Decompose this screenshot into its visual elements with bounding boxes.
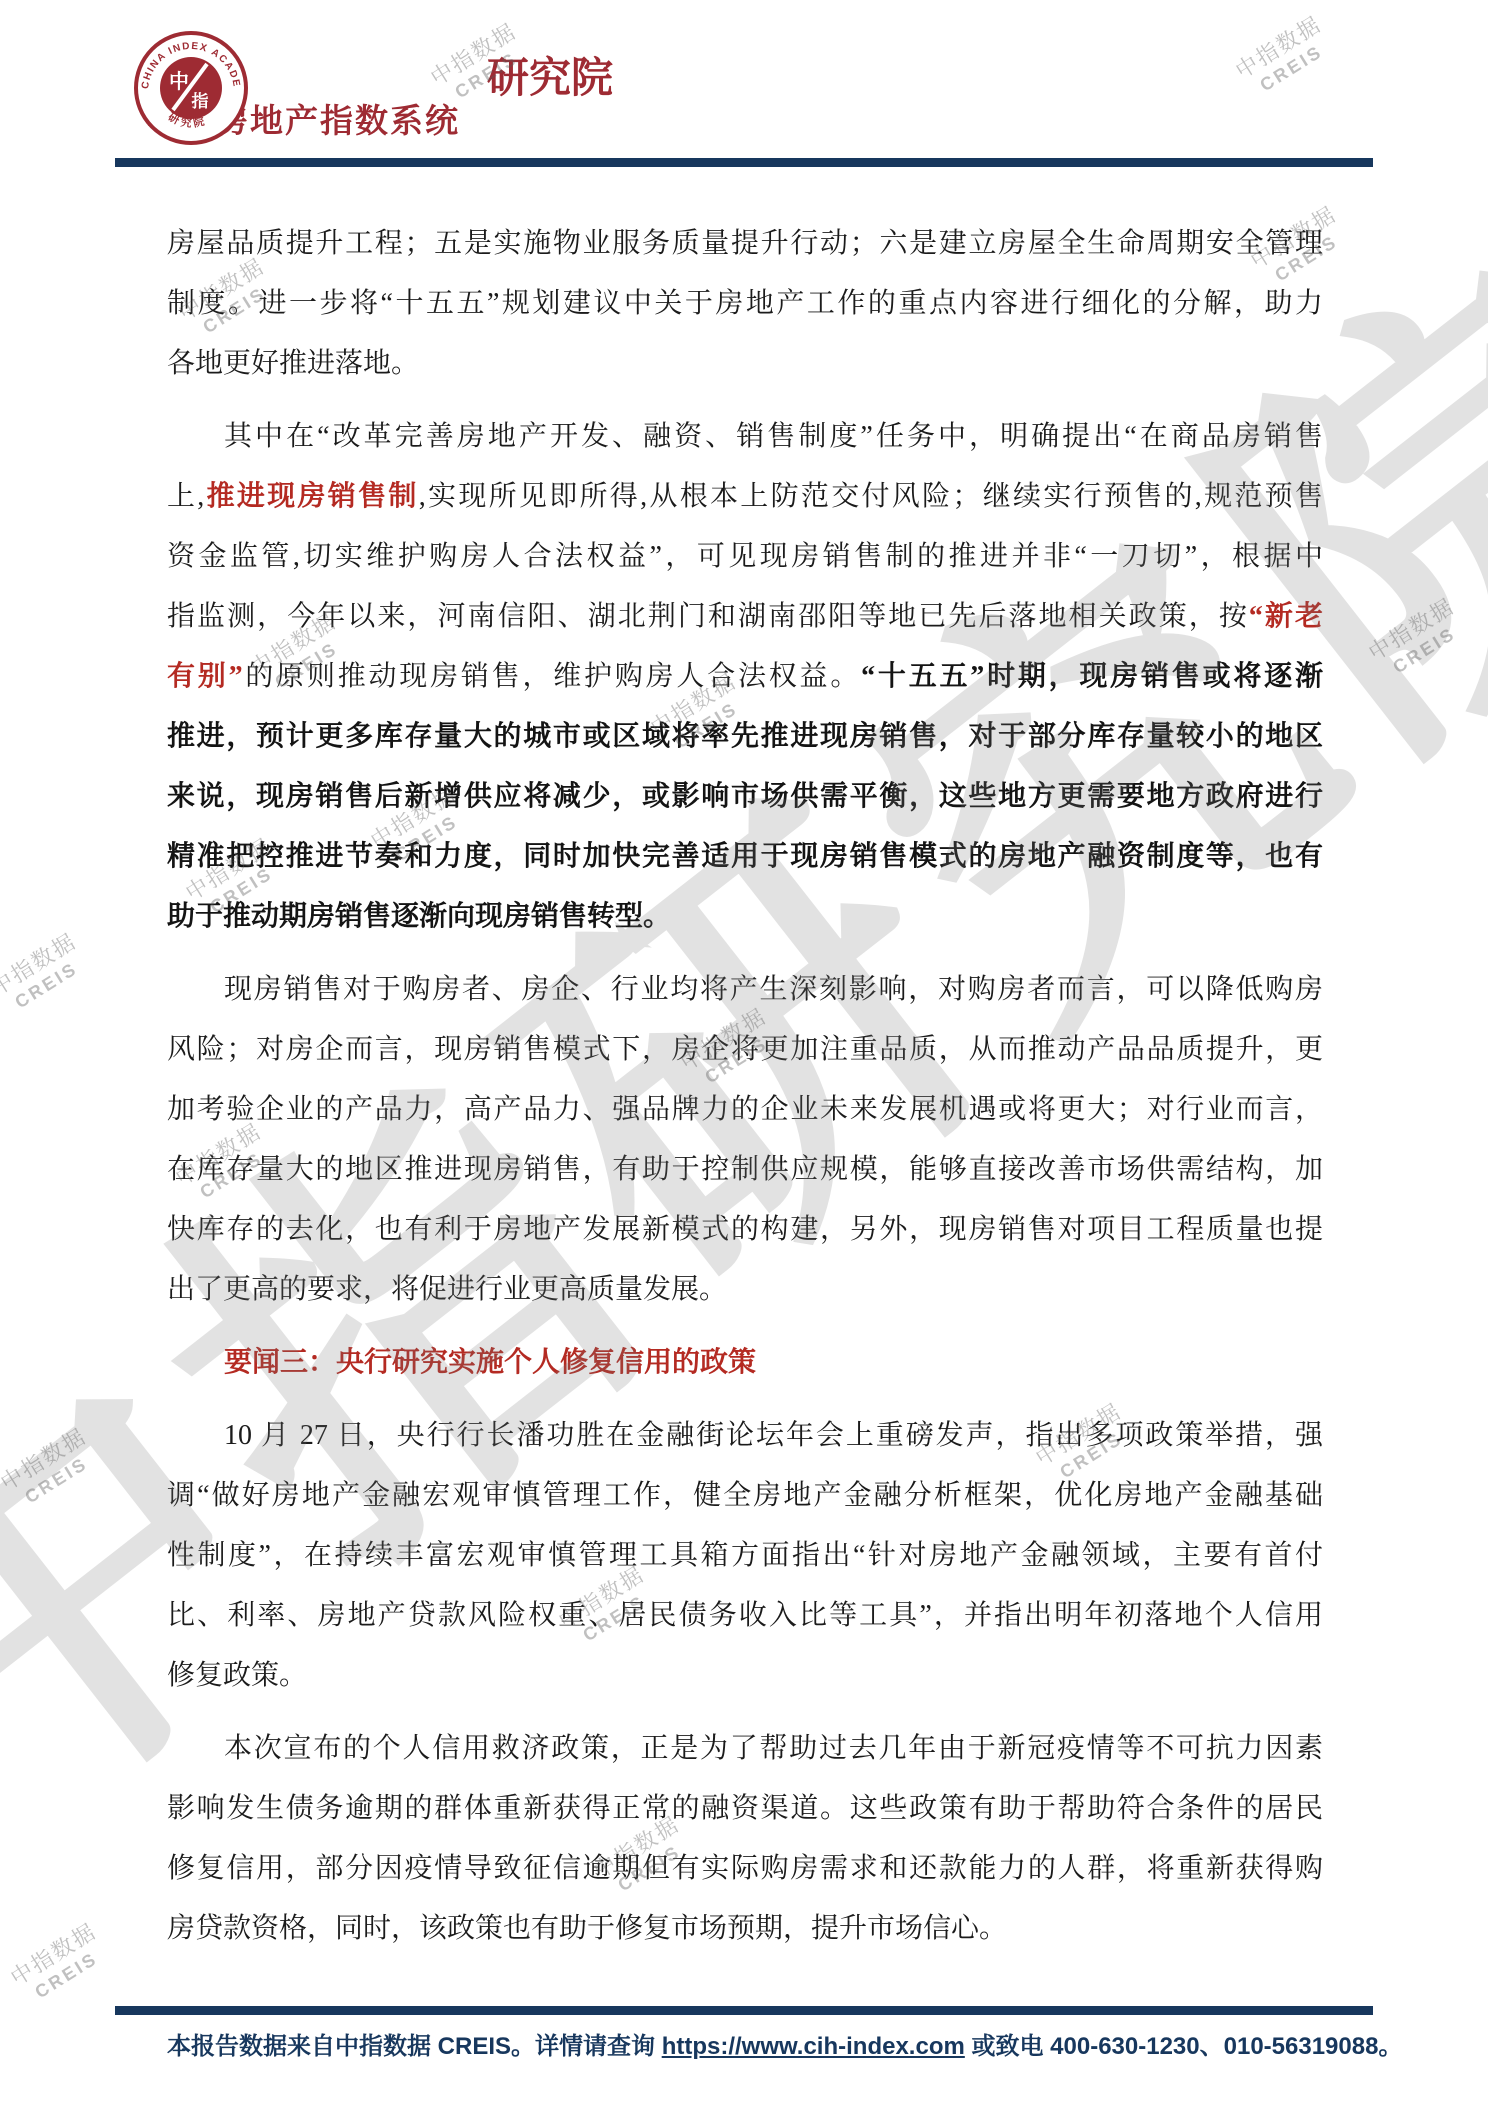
- text-line: 性制度”，在持续丰富宏观审慎管理工具箱方面指出“针对房地产金融领域，主要有首付: [167, 1526, 1323, 1586]
- text-line: 精准把控推进节奏和力度，同时加快完善适用于现房销售模式的房地产融资制度等，也有: [167, 827, 1323, 887]
- header-rule: [115, 158, 1373, 167]
- body-text: 修复信用，部分因疫情导致征信逾期但有实际购房需求和还款能力的人群，将重新获得购: [167, 1853, 1323, 1884]
- body-text: 10 月 27 日，央行行长潘功胜在金融街论坛年会上重磅发声，指出多项政策举措，…: [224, 1420, 1323, 1451]
- report-page: 中国房地产指数系统 研究院 CHINA INDEX ACADEMY 中 指 研 …: [0, 0, 1488, 2104]
- text-line: 推进，预计更多库存量大的城市或区域将率先推进现房销售，对于部分库存量较小的地区: [167, 707, 1323, 767]
- footer-rule: [115, 2006, 1373, 2015]
- text-line: 指监测，今年以来，河南信阳、湖北荆门和湖南邵阳等地已先后落地相关政策，按“新老: [167, 587, 1323, 647]
- document-body: 房屋品质提升工程；五是实施物业服务质量提升行动；六是建立房屋全生命周期安全管理制…: [167, 214, 1323, 1959]
- body-text: 上,: [167, 481, 204, 512]
- body-text: 本次宣布的个人信用救济政策，正是为了帮助过去几年由于新冠疫情等不可抗力因素: [224, 1733, 1323, 1764]
- footer-note: 本报告数据来自中指数据 CREIS。详情请查询 https://www.cih-…: [167, 2030, 1417, 2064]
- body-text: 各地更好推进落地。: [167, 348, 419, 379]
- body-text: 风险；对房企而言，现房销售模式下，房企将更加注重品质，从而推动产品品质提升，更: [167, 1034, 1323, 1065]
- body-text: 修复政策。: [167, 1660, 307, 1691]
- text-line: 资金监管,切实维护购房人合法权益”，可见现房销售制的推进并非“一刀切”，根据中: [167, 527, 1323, 587]
- watermark-creis: 中指数据CREIS: [1365, 594, 1472, 686]
- text-line: 助于推动期房销售逐渐向现房销售转型。: [167, 887, 1323, 947]
- body-text: 房屋品质提升工程；五是实施物业服务质量提升行动；六是建立房屋全生命周期安全管理: [167, 228, 1323, 259]
- body-text: 资金监管,切实维护购房人合法权益”，可见现房销售制的推进并非“一刀切”，根据中: [167, 541, 1323, 572]
- highlighted-red-text: 推进现房销售制: [204, 481, 418, 512]
- body-text: 在库存量大的地区推进现房销售，有助于控制供应规模，能够直接改善市场供需结构，加: [167, 1154, 1323, 1185]
- footer-text-after: 或致电 400-630-1230、010-56319088。: [965, 2033, 1403, 2060]
- body-text: 来说，现房销售后新增供应将减少，或影响市场供需平衡，这些地方更需要地方政府进行: [167, 781, 1323, 812]
- paragraph: 其中在“改革完善房地产开发、融资、销售制度”任务中，明确提出“在商品房销售上,推…: [167, 407, 1323, 947]
- body-text: 调“做好房地产金融宏观审慎管理工作，健全房地产金融分析框架，优化房地产金融基础: [167, 1480, 1323, 1511]
- body-text: 比、利率、房地产贷款风险权重、居民债务收入比等工具”，并指出明年初落地个人信用: [167, 1600, 1323, 1631]
- text-line: 快库存的去化，也有利于房地产发展新模式的构建，另外，现房销售对项目工程质量也提: [167, 1200, 1323, 1260]
- text-line: 房贷款资格，同时，该政策也有助于修复市场预期，提升市场信心。: [167, 1899, 1323, 1959]
- seal-char-zhong: 中: [169, 69, 189, 93]
- highlighted-red-text: 有别”: [167, 661, 243, 692]
- body-text: 快库存的去化，也有利于房地产发展新模式的构建，另外，现房销售对项目工程质量也提: [167, 1214, 1323, 1245]
- text-line: 其中在“改革完善房地产开发、融资、销售制度”任务中，明确提出“在商品房销售: [167, 407, 1323, 467]
- paragraph: 现房销售对于购房者、房企、行业均将产生深刻影响，对购房者而言，可以降低购房风险；…: [167, 960, 1323, 1320]
- body-text: 加考验企业的产品力，高产品力、强品牌力的企业未来发展机遇或将更大；对行业而言，: [167, 1094, 1323, 1125]
- text-line: 出了更高的要求，将促进行业更高质量发展。: [167, 1260, 1323, 1320]
- text-line: 来说，现房销售后新增供应将减少，或影响市场供需平衡，这些地方更需要地方政府进行: [167, 767, 1323, 827]
- body-text: 其中在“改革完善房地产开发、融资、销售制度”任务中，明确提出“在商品房销售: [224, 421, 1323, 452]
- watermark-creis: 中指数据CREIS: [1232, 12, 1339, 104]
- text-line: 10 月 27 日，央行行长潘功胜在金融街论坛年会上重磅发声，指出多项政策举措，…: [167, 1406, 1323, 1466]
- body-text: 助于推动期房销售逐渐向现房销售转型。: [167, 901, 671, 932]
- highlighted-red-text: “新老: [1249, 601, 1323, 632]
- text-line: 修复政策。: [167, 1646, 1323, 1706]
- body-text: 制度。进一步将“十五五”规划建议中关于房地产工作的重点内容进行细化的分解，助力: [167, 288, 1323, 319]
- body-text: 推进，预计更多库存量大的城市或区域将率先推进现房销售，对于部分库存量较小的地区: [167, 721, 1323, 752]
- body-text: 精准把控推进节奏和力度，同时加快完善适用于现房销售模式的房地产融资制度等，也有: [167, 841, 1323, 872]
- header-org-name: 研究院: [487, 55, 613, 101]
- text-line: 各地更好推进落地。: [167, 334, 1323, 394]
- seal-char-zhi: 指: [192, 91, 209, 111]
- text-line: 加考验企业的产品力，高产品力、强品牌力的企业未来发展机遇或将更大；对行业而言，: [167, 1080, 1323, 1140]
- highlighted-red-text: 要闻三：央行研究实施个人修复信用的政策: [224, 1347, 756, 1378]
- text-line: 在库存量大的地区推进现房销售，有助于控制供应规模，能够直接改善市场供需结构，加: [167, 1140, 1323, 1200]
- watermark-creis: 中指数据CREIS: [0, 1424, 103, 1516]
- section-heading: 要闻三：央行研究实施个人修复信用的政策: [167, 1333, 1323, 1393]
- text-line: 修复信用，部分因疫情导致征信逾期但有实际购房需求和还款能力的人群，将重新获得购: [167, 1839, 1323, 1899]
- body-text: ,实现所见即所得,从根本上防范交付风险；继续实行预售的,规范预售: [419, 481, 1323, 512]
- body-text: 影响发生债务逾期的群体重新获得正常的融资渠道。这些政策有助于帮助符合条件的居民: [167, 1793, 1323, 1824]
- text-line: 上,推进现房销售制,实现所见即所得,从根本上防范交付风险；继续实行预售的,规范预…: [167, 467, 1323, 527]
- body-text: 房贷款资格，同时，该政策也有助于修复市场预期，提升市场信心。: [167, 1913, 1007, 1944]
- text-line: 风险；对房企而言，现房销售模式下，房企将更加注重品质，从而推动产品品质提升，更: [167, 1020, 1323, 1080]
- text-line: 调“做好房地产金融宏观审慎管理工作，健全房地产金融分析框架，优化房地产金融基础: [167, 1466, 1323, 1526]
- text-line: 有别”的原则推动现房销售，维护购房人合法权益。“十五五”时期，现房销售或将逐渐: [167, 647, 1323, 707]
- text-line: 现房销售对于购房者、房企、行业均将产生深刻影响，对购房者而言，可以降低购房: [167, 960, 1323, 1020]
- footer-link[interactable]: https://www.cih-index.com: [662, 2033, 965, 2060]
- text-line: 制度。进一步将“十五五”规划建议中关于房地产工作的重点内容进行细化的分解，助力: [167, 274, 1323, 334]
- footer-text-before: 本报告数据来自中指数据 CREIS。详情请查询: [167, 2033, 662, 2060]
- body-text: “十五五”时期，现房销售或将逐渐: [861, 661, 1323, 692]
- paragraph: 10 月 27 日，央行行长潘功胜在金融街论坛年会上重磅发声，指出多项政策举措，…: [167, 1406, 1323, 1706]
- paragraph: 本次宣布的个人信用救济政策，正是为了帮助过去几年由于新冠疫情等不可抗力因素影响发…: [167, 1719, 1323, 1959]
- text-line: 影响发生债务逾期的群体重新获得正常的融资渠道。这些政策有助于帮助符合条件的居民: [167, 1779, 1323, 1839]
- china-index-academy-seal-logo: CHINA INDEX ACADEMY 中 指 研 究 院: [131, 28, 251, 148]
- text-line: 比、利率、房地产贷款风险权重、居民债务收入比等工具”，并指出明年初落地个人信用: [167, 1586, 1323, 1646]
- text-line: 本次宣布的个人信用救济政策，正是为了帮助过去几年由于新冠疫情等不可抗力因素: [167, 1719, 1323, 1779]
- body-text: 指监测，今年以来，河南信阳、湖北荆门和湖南邵阳等地已先后落地相关政策，按: [167, 601, 1249, 632]
- paragraph: 房屋品质提升工程；五是实施物业服务质量提升行动；六是建立房屋全生命周期安全管理制…: [167, 214, 1323, 394]
- body-text: 性制度”，在持续丰富宏观审慎管理工具箱方面指出“针对房地产金融领域，主要有首付: [167, 1540, 1323, 1571]
- text-line: 要闻三：央行研究实施个人修复信用的政策: [167, 1333, 1323, 1393]
- watermark-creis: 中指数据CREIS: [0, 929, 93, 1021]
- body-text: 出了更高的要求，将促进行业更高质量发展。: [167, 1274, 727, 1305]
- watermark-creis: 中指数据CREIS: [7, 1919, 114, 2011]
- text-line: 房屋品质提升工程；五是实施物业服务质量提升行动；六是建立房屋全生命周期安全管理: [167, 214, 1323, 274]
- body-text: 的原则推动现房销售，维护购房人合法权益。: [243, 661, 862, 692]
- body-text: 现房销售对于购房者、房企、行业均将产生深刻影响，对购房者而言，可以降低购房: [224, 974, 1323, 1005]
